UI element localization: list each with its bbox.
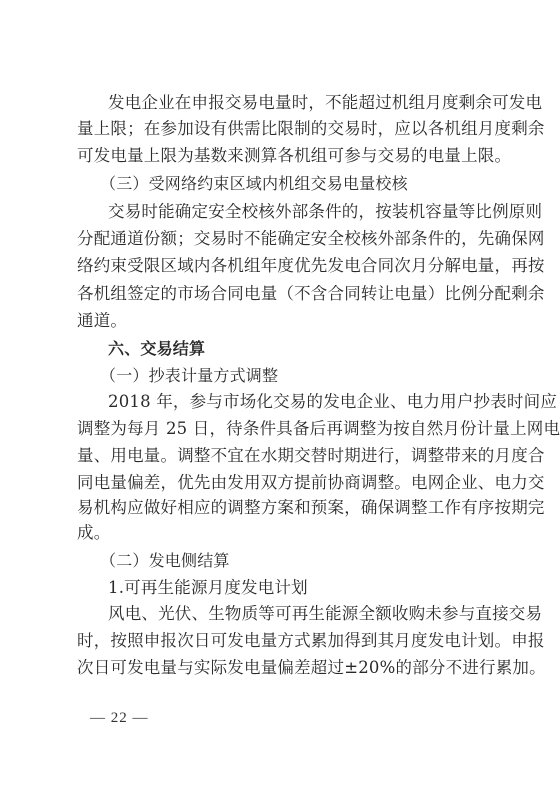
paragraph-line: 量上限；在参加设有供需比限制的交易时，应以各机组月度剩余 <box>77 118 491 140</box>
paragraph-line: 交易时能确定安全校核外部条件的，按装机容量等比例原则 <box>108 201 491 223</box>
paragraph-line: 风电、光伏、生物质等可再生能源全额收购未参与直接交易 <box>108 603 491 625</box>
sub-item-heading: 1.可再生能源月度发电计划 <box>108 577 308 599</box>
section-heading-1: （一）抄表计量方式调整 <box>100 365 278 387</box>
document-page: 发电企业在申报交易电量时，不能超过机组月度剩余可发电 量上限；在参加设有供需比限… <box>0 0 560 792</box>
chapter-heading-6: 六、交易结算 <box>108 338 205 360</box>
paragraph-line: 量、用电量。调整不宜在水期交替时期进行，调整带来的月度合 <box>77 445 491 467</box>
paragraph-line: 2018 年，参与市场化交易的发电企业、电力用户抄表时间应 <box>108 391 491 413</box>
section-heading-3: （三）受网络约束区域内机组交易电量校核 <box>100 173 408 195</box>
paragraph-line: 可发电量上限为基数来测算各机组可参与交易的电量上限。 <box>77 145 491 167</box>
page-number: — 22 — <box>90 710 149 727</box>
paragraph-line: 发电企业在申报交易电量时，不能超过机组月度剩余可发电 <box>108 92 491 114</box>
paragraph-line: 各机组签定的市场合同电量（不含合同转让电量）比例分配剩余 <box>77 283 491 305</box>
paragraph-line: 同电量偏差，优先由发用双方提前协商调整。电网企业、电力交 <box>77 472 491 494</box>
paragraph-line: 次日可发电量与实际发电量偏差超过±20%的部分不进行累加。 <box>77 657 491 679</box>
paragraph-line: 成。 <box>77 522 491 544</box>
section-heading-2: （二）发电侧结算 <box>100 550 230 572</box>
paragraph-line: 分配通道份额；交易时不能确定安全校核外部条件的，先确保网 <box>77 228 491 250</box>
paragraph-line: 易机构应做好相应的调整方案和预案，确保调整工作有序按期完 <box>77 497 491 519</box>
paragraph-line: 络约束受限区域内各机组年度优先发电合同次月分解电量，再按 <box>77 255 491 277</box>
paragraph-line: 时，按照申报次日可发电量方式累加得到其月度发电计划。申报 <box>77 630 491 652</box>
paragraph-line: 调整为每月 25 日，待条件具备后再调整为按自然月份计量上网电 <box>77 418 491 440</box>
paragraph-line: 通道。 <box>77 310 491 332</box>
